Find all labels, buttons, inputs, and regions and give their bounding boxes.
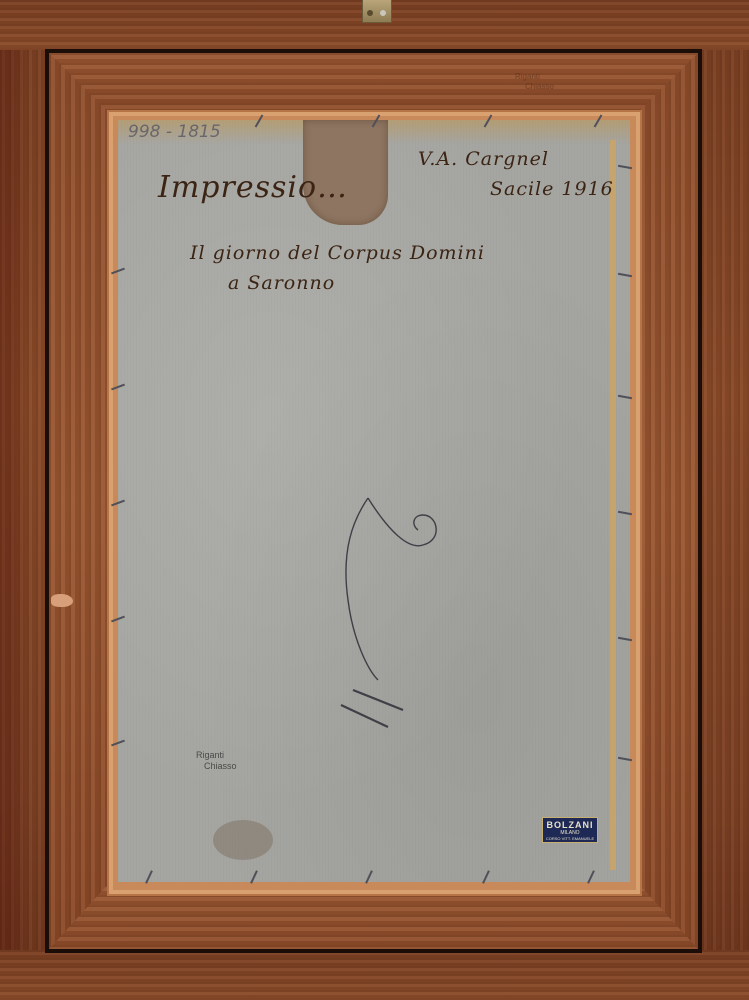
screw-icon [367,10,373,16]
inscription-place-date: Sacile 1916 [490,178,614,200]
framer-label: BOLZANI MILANO CORSO VITT. EMANUELE [542,817,598,843]
frame-stamp: Riganti Chiasso [515,72,554,92]
pencil-scribble [333,490,443,730]
inscription-title-line2: a Saronno [228,272,335,294]
inscription-signature: V.A. Cargnel [418,148,549,170]
inner-frame-top-rail [49,53,698,111]
canvas-edge-strip [610,140,616,870]
inscription-title-line1: Il giorno del Corpus Domini [190,242,485,264]
outer-frame-bottom-rail [0,950,749,1000]
hanging-bracket [362,0,392,23]
canvas-back: 998 - 1815 Impressio… V.A. Cargnel Sacil… [118,120,630,882]
screw-icon [380,10,386,16]
canvas-stamp: Riganti Chiasso [196,750,237,772]
inscription-impressions: Impressio… [158,170,348,205]
stain [213,820,273,860]
wood-chip-damage [51,594,73,607]
pencil-inventory-numbers: 998 - 1815 [128,122,221,142]
